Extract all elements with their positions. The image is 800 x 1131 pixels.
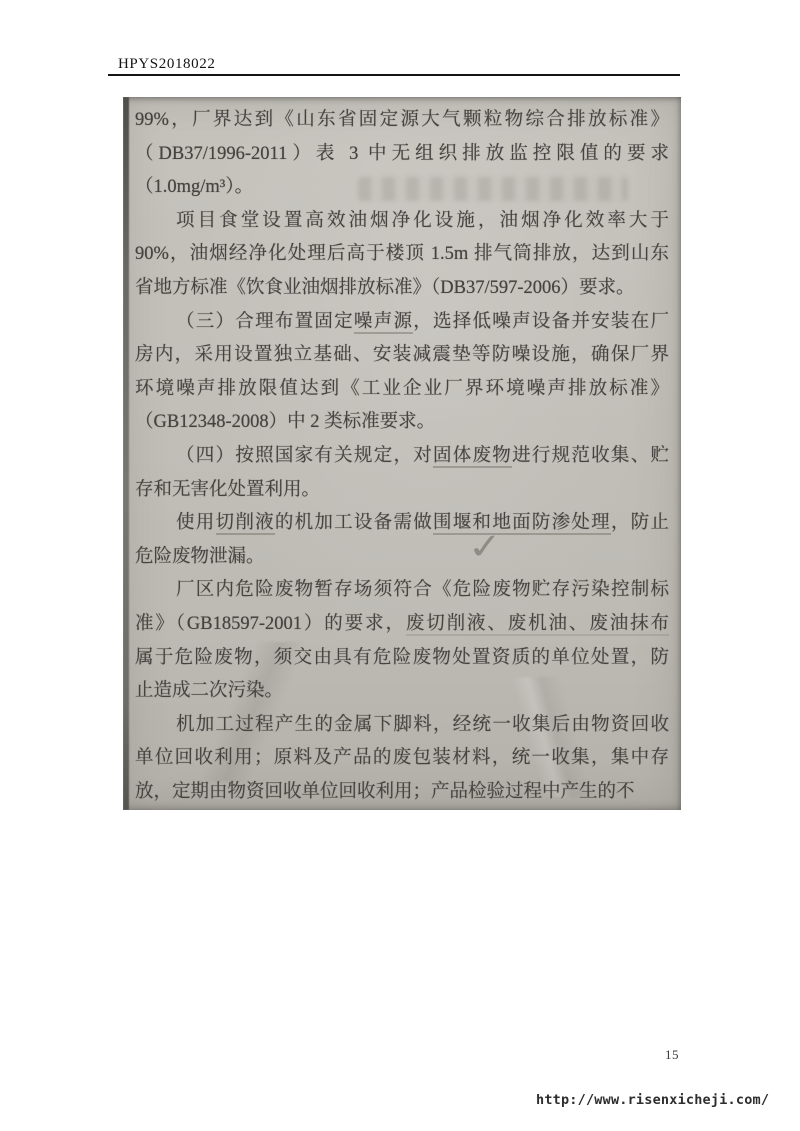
- scan-text-line: 房内，采用设置独立基础、安装减震垫等防噪设施，确保厂界: [135, 339, 669, 373]
- scan-text-line: （1.0mg/m³）。: [135, 171, 669, 205]
- text-segment: 使用: [176, 513, 216, 533]
- text-segment: 属于危险废物，须交由具有危险废物处置资质的单位处置，防: [135, 648, 669, 668]
- text-segment: 机加工过程产生的金属下脚料，经统一收集后由物资回收: [176, 715, 669, 735]
- scan-text-line: （DB37/1996-2011）表 3 中无组织排放监控限值的要求: [135, 138, 669, 172]
- text-segment: （1.0mg/m³）。: [135, 177, 253, 197]
- text-segment: 止造成二次污染。: [135, 681, 283, 701]
- text-segment: ，防止: [611, 513, 669, 533]
- watermark-url: http://www.risenxicheji.com/: [536, 1092, 769, 1108]
- text-segment: 环境噪声排放限值达到《工业企业厂界环境噪声排放标准》: [135, 379, 669, 399]
- scan-text-line: 属于危险废物，须交由具有危险废物处置资质的单位处置，防: [135, 642, 669, 676]
- text-segment: （DB37/1996-2011）表 3 中无组织排放监控限值的要求: [135, 144, 669, 164]
- text-segment: （GB12348-2008）中 2 类标准要求。: [135, 412, 435, 432]
- header-rule: [108, 74, 680, 76]
- scan-text-line: 使用切削液的机加工设备需做围堰和地面防渗处理，防止: [135, 507, 669, 541]
- scan-text-line: （GB12348-2008）中 2 类标准要求。: [135, 406, 669, 440]
- text-segment: 90%，油烟经净化处理后高于楼顶 1.5m 排气筒排放，达到山东: [135, 244, 669, 264]
- scan-text-line: 单位回收利用；原料及产品的废包装材料，统一收集，集中存: [135, 742, 669, 776]
- text-segment: 危险废物泄漏。: [135, 547, 265, 567]
- text-segment: 厂区内危险废物暂存场须符合《危险废物贮存污染控制标: [176, 580, 669, 600]
- scan-text-line: 99%，厂界达到《山东省固定源大气颗粒物综合排放标准》: [135, 104, 669, 138]
- scan-text-lines: 99%，厂界达到《山东省固定源大气颗粒物综合排放标准》（DB37/1996-20…: [135, 104, 669, 809]
- text-segment: 放，定期由物资回收单位回收利用；产品检验过程中产生的不: [135, 782, 635, 802]
- document-code: HPYS2018022: [118, 56, 215, 73]
- text-segment: ，选择低噪声设备并安装在厂: [413, 312, 669, 332]
- text-segment: 房内，采用设置独立基础、安装减震垫等防噪设施，确保厂界: [135, 345, 669, 365]
- text-segment: 99%，厂界达到《山东省固定源大气颗粒物综合排放标准》: [135, 110, 669, 130]
- text-segment: 进行规范收集、贮: [512, 446, 669, 466]
- scan-left-shadow: [123, 97, 129, 810]
- scan-text-line: 厂区内危险废物暂存场须符合《危险废物贮存污染控制标: [135, 574, 669, 608]
- scanned-photo: 99%，厂界达到《山东省固定源大气颗粒物综合排放标准》（DB37/1996-20…: [123, 97, 681, 810]
- text-segment: 的机加工设备需做: [275, 513, 433, 533]
- scan-text-line: 止造成二次污染。: [135, 675, 669, 709]
- scan-text-line: 90%，油烟经净化处理后高于楼顶 1.5m 排气筒排放，达到山东: [135, 238, 669, 272]
- scan-text-line: 准》（GB18597-2001）的要求，废切削液、废机油、废油抹布: [135, 608, 669, 642]
- scan-text-line: 省地方标准《饮食业油烟排放标准》（DB37/597-2006）要求。: [135, 272, 669, 306]
- text-segment: 省地方标准《饮食业油烟排放标准》（DB37/597-2006）要求。: [135, 278, 635, 298]
- text-segment: 存和无害化处置利用。: [135, 480, 320, 500]
- pencil-underlined-text: 切削液: [216, 513, 275, 535]
- text-segment: （四）按照国家有关规定，对: [176, 446, 433, 466]
- scan-text-line: 危险废物泄漏。: [135, 541, 669, 575]
- page-number: 15: [665, 1047, 679, 1063]
- scan-text-line: （四）按照国家有关规定，对固体废物进行规范收集、贮: [135, 440, 669, 474]
- text-segment: 准》（GB18597-2001）的要求，: [135, 614, 406, 634]
- scan-text-line: （三）合理布置固定噪声源，选择低噪声设备并安装在厂: [135, 306, 669, 340]
- scan-text-line: 放，定期由物资回收单位回收利用；产品检验过程中产生的不: [135, 776, 669, 810]
- text-segment: （三）合理布置固定: [176, 312, 354, 332]
- pencil-check-icon: ✓: [465, 525, 505, 569]
- scan-text-line: 机加工过程产生的金属下脚料，经统一收集后由物资回收: [135, 709, 669, 743]
- document-page: HPYS2018022 99%，厂界达到《山东省固定源大气颗粒物综合排放标准》（…: [0, 0, 800, 1131]
- text-segment: 单位回收利用；原料及产品的废包装材料，统一收集，集中存: [135, 748, 669, 768]
- scan-text-line: 项目食堂设置高效油烟净化设施，油烟净化效率大于: [135, 205, 669, 239]
- pencil-underlined-text: 固体废物: [433, 446, 512, 468]
- text-segment: 项目食堂设置高效油烟净化设施，油烟净化效率大于: [176, 211, 669, 231]
- scan-text-line: 环境噪声排放限值达到《工业企业厂界环境噪声排放标准》: [135, 373, 669, 407]
- pencil-underlined-text: 噪声源: [354, 312, 413, 334]
- pencil-underlined-text: 围堰和地面防渗处理: [433, 513, 611, 535]
- pencil-underlined-text: 废切削液、废机油、废油抹布: [406, 614, 669, 636]
- scan-text-line: 存和无害化处置利用。: [135, 474, 669, 508]
